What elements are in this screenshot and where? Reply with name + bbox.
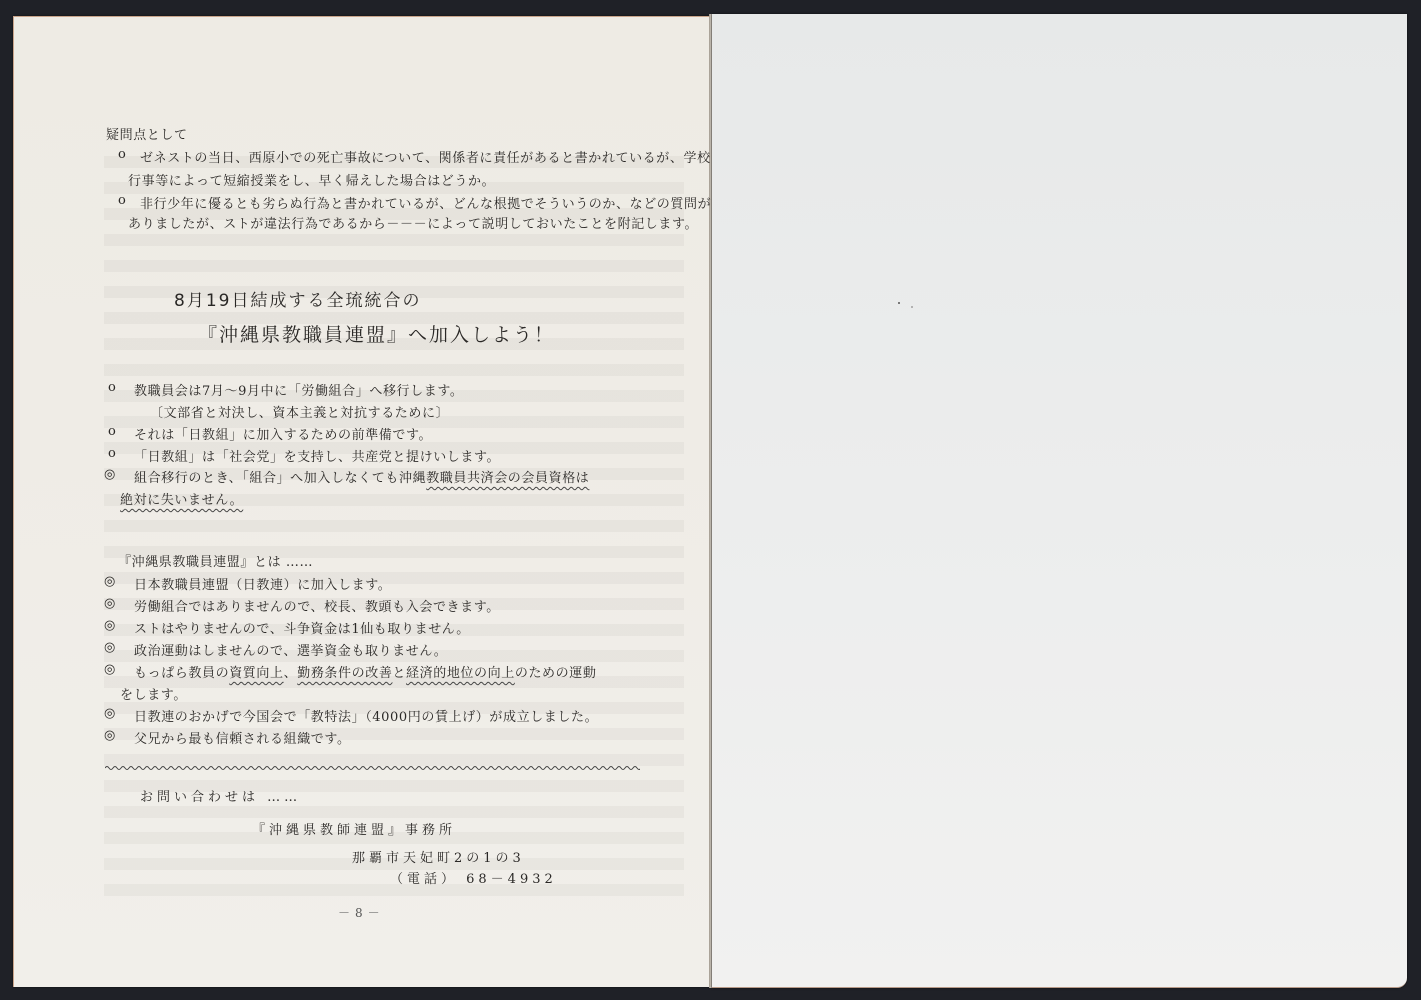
- about-header: 『沖縄県教職員連盟』とは ……: [118, 551, 313, 570]
- about-bullet: ◎: [104, 596, 116, 611]
- about-item: 日教連のおかげで今国会で「教特法」（4000円の賃上げ）が成立しました。: [134, 706, 598, 725]
- about-bullet: ◎: [104, 574, 116, 589]
- question-line: ゼネストの当日、西原小での死亡事故について、関係者に責任があると書かれているが、…: [140, 147, 711, 166]
- about-bullet: ◎: [104, 706, 116, 721]
- point-text-underlined: 教職員共済会の会員資格は: [426, 471, 589, 486]
- segment-underlined: 資質向上: [229, 666, 283, 681]
- point-bullet: o: [108, 424, 116, 439]
- point-text: 「日教組」は「社会党」を支持し、共産党と提けいします。: [134, 446, 500, 465]
- about-item: ストはやりませんので、斗争資金は1仙も取りません。: [134, 618, 470, 637]
- page-number: － 8 －: [338, 904, 380, 921]
- contact-address: 那覇市天妃町2の1の3: [352, 847, 525, 866]
- point-continuation: 絶対に失いません。: [120, 489, 243, 508]
- wavy-divider: [105, 757, 640, 776]
- segment-underlined: 勤務条件の改善: [297, 666, 392, 681]
- contact-org: 『沖縄県教師連盟』事務所: [252, 819, 456, 838]
- question-line: 非行少年に優るとも劣らぬ行為と書かれているが、どんな根拠でそういうのか、などの質…: [140, 193, 711, 212]
- point-bullet: ◎: [104, 467, 116, 482]
- segment-underlined: 経済的地位の向上: [406, 666, 515, 681]
- about-item: 労働組合ではありませんので、校長、教頭も入会できます。: [134, 596, 500, 615]
- point-text: 組合移行のとき、「組合」へ加入しなくても沖縄教職員共済会の会員資格は: [134, 467, 589, 486]
- segment: 、: [284, 666, 298, 681]
- question-bullet: o: [118, 147, 126, 162]
- about-bullet: ◎: [104, 640, 116, 655]
- about-item: もっぱら教員の資質向上、勤務条件の改善と経済的地位の向上のための運動: [134, 662, 596, 681]
- contact-phone: （電話） 68－4932: [390, 868, 557, 887]
- point-text: それは「日教組」に加入するための前準備です。: [134, 424, 432, 443]
- point-text: 教職員会は7月～9月中に「労働組合」へ移行します。: [134, 380, 464, 399]
- question-bullet: o: [118, 193, 126, 208]
- point-text-plain: 組合移行のとき、「組合」へ加入しなくても沖縄: [134, 471, 426, 486]
- about-item: 父兄から最も信頼される組織です。: [134, 728, 351, 747]
- headline-line1: 8月19日結成する全琉統合の: [174, 286, 421, 311]
- segment: もっぱら教員の: [134, 666, 229, 681]
- segment: と: [392, 666, 406, 681]
- about-item: 政治運動はしませんので、選挙資金も取りません。: [134, 640, 447, 659]
- about-continuation: をします。: [120, 684, 187, 703]
- about-bullet: ◎: [104, 662, 116, 677]
- contact-label: お問い合わせは ……: [140, 786, 301, 805]
- paper-speck: [898, 302, 900, 304]
- about-bullet: ◎: [104, 618, 116, 633]
- point-text: 〔文部省と対決し、資本主義と対抗するために〕: [150, 402, 449, 421]
- headline-line2: 『沖縄県教職員連盟』へ加入しよう！: [198, 320, 555, 347]
- paper-speck: [911, 306, 913, 308]
- about-bullet: ◎: [104, 728, 116, 743]
- segment: のための運動: [515, 666, 597, 681]
- questions-header: 疑問点として: [106, 124, 188, 143]
- point-bullet: o: [108, 380, 116, 395]
- right-page-blank: [712, 14, 1407, 988]
- point-bullet: o: [108, 446, 116, 461]
- question-line: 行事等によって短縮授業をし、早く帰えした場合はどうか。: [128, 170, 495, 189]
- about-item: 日本教職員連盟（日教連）に加入します。: [134, 574, 391, 593]
- question-line: ありましたが、ストが違法行為であるから－－－によって説明しておいたことを附記しま…: [128, 213, 698, 232]
